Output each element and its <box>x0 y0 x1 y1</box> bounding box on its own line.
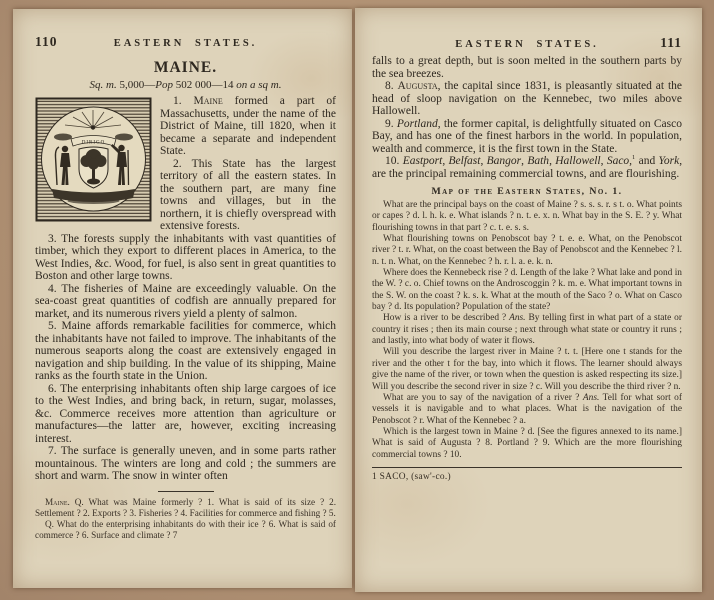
text-segment: What flourishing towns on Penobscot bay … <box>372 234 682 267</box>
paragraph: How is a river to be described ? Ans. By… <box>372 313 682 347</box>
maine-state-seal-engraving: DIRIGO <box>35 97 152 223</box>
text-segment: Belfast <box>449 155 481 167</box>
paragraph: 9. Portland, the former capital, is deli… <box>372 118 682 156</box>
text-segment: Bath <box>527 155 549 167</box>
paragraph: 5. Maine affords remarkable facilities f… <box>35 320 336 383</box>
paragraph: What are the principal bays on the coast… <box>372 200 682 234</box>
text-segment: Q. What was Maine formerly ? 1. What is … <box>35 497 336 518</box>
text-segment: What are the principal bays on the coast… <box>372 200 682 233</box>
running-head-right: EASTERN STATES. <box>408 39 646 50</box>
paragraph: 6. The enterprising inhabitants often sh… <box>35 383 336 446</box>
text-segment: What are you to say of the navigation of… <box>383 393 583 403</box>
text-segment: York <box>659 155 680 167</box>
text-segment: 5,000— <box>117 79 156 91</box>
page-number-right: 111 <box>646 35 682 51</box>
text-segment: Maine <box>193 95 222 107</box>
paragraph: falls to a great depth, but is soon melt… <box>372 55 682 80</box>
paragraph: Sq. m. 5,000—Pop 502 000—14 on a sq m. <box>35 79 336 91</box>
page-header-left: 110 EASTERN STATES. <box>35 34 336 50</box>
text-segment: Ans. <box>509 313 525 323</box>
seal-motto-text: DIRIGO <box>82 141 106 146</box>
population-stats-line: Sq. m. 5,000—Pop 502 000—14 on a sq m. <box>35 79 336 91</box>
right-page-paragraphs: falls to a great depth, but is soon melt… <box>372 55 682 180</box>
text-segment: Hallowell <box>555 155 600 167</box>
paragraph: Where does the Kennebeck rise ? d. Lengt… <box>372 268 682 313</box>
text-segment: 4. The fisheries of Maine are exceedingl… <box>35 283 336 320</box>
map-section-heading: Map of the Eastern States, No. 1. <box>372 186 682 197</box>
text-segment: Maine. <box>45 497 70 507</box>
text-segment: How is a river to be described ? <box>383 313 509 323</box>
text-segment: 6. The enterprising inhabitants often sh… <box>35 383 336 445</box>
right-page-body: falls to a great depth, but is soon melt… <box>372 55 682 180</box>
text-segment: falls to a great depth, but is soon melt… <box>372 55 682 80</box>
paragraph: 10. Eastport, Belfast, Bangor, Bath, Hal… <box>372 155 682 180</box>
footnote-rule-right <box>372 467 682 468</box>
page-number-left: 110 <box>35 34 71 50</box>
text-segment: 3. The forests supply the inhabitants wi… <box>35 233 336 283</box>
map-questions: What are the principal bays on the coast… <box>372 200 682 461</box>
text-segment: Augusta <box>398 80 438 92</box>
footnote-divider-left <box>158 491 214 492</box>
text-segment: 2. This State has the largest territory … <box>160 158 336 233</box>
seal-moose <box>87 179 100 185</box>
left-page-review-questions: Maine. Q. What was Maine formerly ? 1. W… <box>35 497 336 542</box>
text-segment: Which is the largest town in Maine ? d. … <box>372 427 682 460</box>
paragraph: Maine. Q. What was Maine formerly ? 1. W… <box>35 497 336 520</box>
text-segment: Will you describe the largest river in M… <box>372 347 682 391</box>
text-segment: 502 000—14 <box>173 79 236 91</box>
paragraph: 7. The surface is generally uneven, and … <box>35 445 336 483</box>
paragraph: 4. The fisheries of Maine are exceedingl… <box>35 283 336 321</box>
page-header-right: EASTERN STATES. 111 <box>372 35 682 51</box>
left-page-body: DIRIGO 1. Maine f <box>35 95 336 483</box>
paragraph: What are you to say of the navigation of… <box>372 393 682 427</box>
text-segment: 9. <box>385 118 397 130</box>
page-left: 110 EASTERN STATES. MAINE. Sq. m. 5,000—… <box>13 9 352 588</box>
text-segment: 1. <box>173 95 193 107</box>
paragraph: 8. Augusta, the capital since 1831, is p… <box>372 80 682 118</box>
text-segment: Bangor <box>487 155 522 167</box>
seal-cloud-left <box>54 134 72 141</box>
paragraph: Q. What do the enterprising inhabitants … <box>35 519 336 542</box>
seal-cloud-right <box>115 134 133 141</box>
paragraph: 3. The forests supply the inhabitants wi… <box>35 233 336 283</box>
paragraph: Will you describe the largest river in M… <box>372 347 682 392</box>
seal-anchor-pole <box>128 150 129 185</box>
text-segment: Eastport <box>403 155 443 167</box>
text-segment: 5. Maine affords remarkable facilities f… <box>35 320 336 382</box>
text-segment: Portland <box>397 118 438 130</box>
seal-north-star <box>91 125 95 129</box>
text-segment: Ans. <box>583 393 599 403</box>
text-segment: 8. <box>385 80 398 92</box>
page-right: EASTERN STATES. 111 falls to a great dep… <box>355 8 702 592</box>
text-segment: Pop <box>155 79 173 91</box>
book-scan: { "palette": { "backdrop": "#b09173", "p… <box>0 0 714 600</box>
text-segment: Q. What do the enterprising inhabitants … <box>35 519 336 540</box>
text-segment: 7. The surface is generally uneven, and … <box>35 445 336 482</box>
text-segment: 10. <box>385 155 403 167</box>
text-segment: Sq. m. <box>90 79 117 91</box>
text-segment: on a sq m. <box>236 79 281 91</box>
text-segment: Where does the Kennebeck rise ? d. Lengt… <box>372 268 682 312</box>
chapter-title: MAINE. <box>35 59 336 77</box>
seal-ground-shadow <box>68 198 120 204</box>
text-segment: and <box>635 155 658 167</box>
running-head-left: EASTERN STATES. <box>71 38 300 49</box>
paragraph: Which is the largest town in Maine ? d. … <box>372 427 682 461</box>
saco-pronunciation-footnote: 1 SACO, (saw'-co.) <box>372 472 682 482</box>
paragraph: What flourishing towns on Penobscot bay … <box>372 234 682 268</box>
text-segment: Saco, <box>607 155 632 167</box>
